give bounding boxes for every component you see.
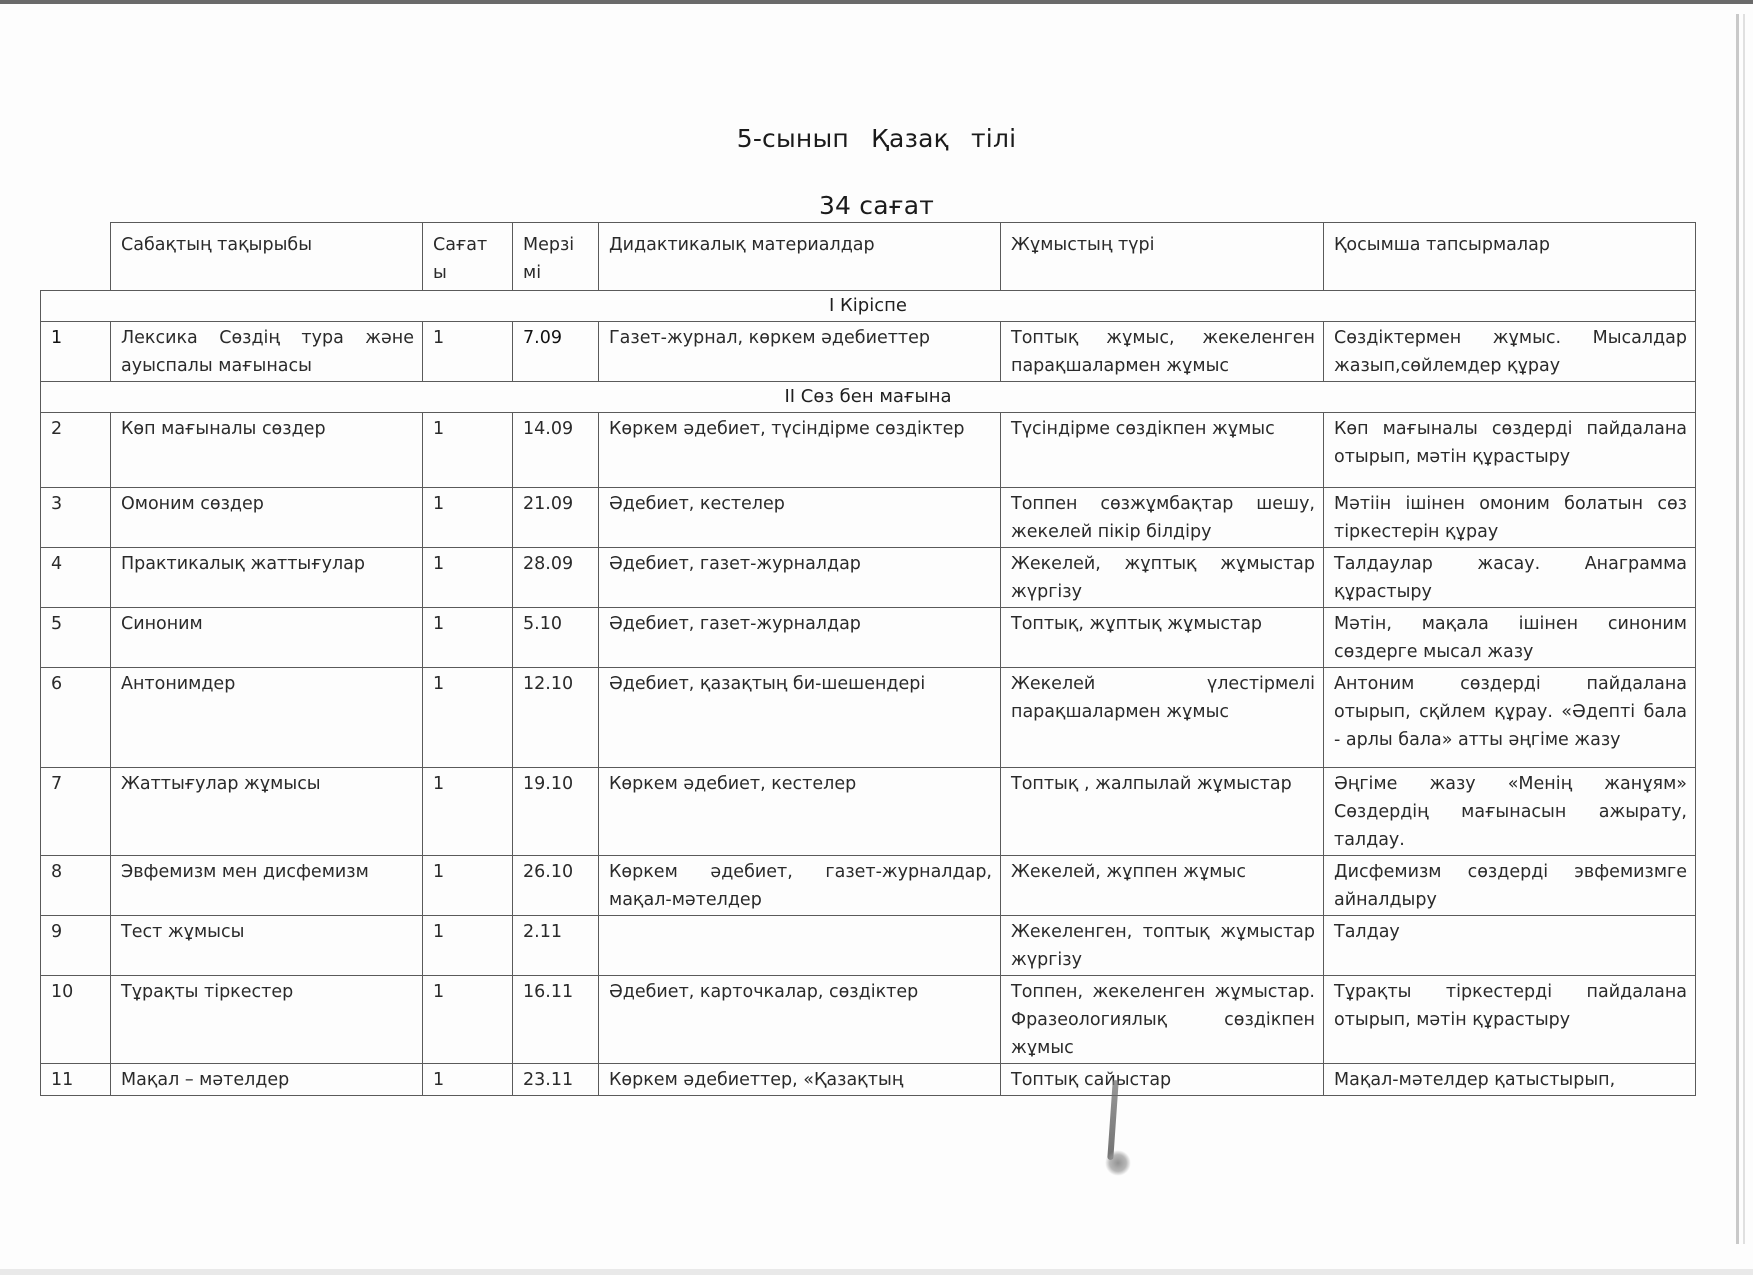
- extra-tasks: Әңгіме жазу «Менің жанұям» Сөздердің мағ…: [1324, 768, 1696, 856]
- lesson-topic: Синоним: [111, 608, 423, 668]
- didactic-materials: Газет-журнал, көркем әдебиеттер: [599, 322, 1001, 382]
- lesson-topic: Лексика Сөздің тура және ауыспалы мағына…: [111, 322, 423, 382]
- section-title: I Кіріспе: [41, 291, 1696, 322]
- extra-tasks: Талдаулар жасау. Анаграмма құрастыру: [1324, 548, 1696, 608]
- lesson-number: 7: [41, 768, 111, 856]
- extra-tasks: Талдау: [1324, 916, 1696, 976]
- lesson-plan-table: Сабақтың тақырыбы Сағат ы Мерзі мі Дидак…: [40, 222, 1696, 1096]
- didactic-materials: Әдебиет, карточкалар, сөздіктер: [599, 976, 1001, 1064]
- lesson-hours: 1: [423, 856, 513, 916]
- lesson-hours: 1: [423, 768, 513, 856]
- lesson-date: 23.11: [513, 1064, 599, 1096]
- scan-edge-top: [0, 0, 1753, 4]
- didactic-materials: [599, 916, 1001, 976]
- lesson-topic: Антонимдер: [111, 668, 423, 768]
- extra-tasks: Антоним сөздерді пайдалана отырып, сқйле…: [1324, 668, 1696, 768]
- lesson-hours: 1: [423, 976, 513, 1064]
- lesson-date: 21.09: [513, 488, 599, 548]
- lesson-date: 16.11: [513, 976, 599, 1064]
- didactic-materials: Көркем әдебиет, түсіндірме сөздіктер: [599, 413, 1001, 488]
- didactic-materials: Көркем әдебиеттер, «Қазақтың: [599, 1064, 1001, 1096]
- lesson-topic: Тұрақты тіркестер: [111, 976, 423, 1064]
- table-row: 7Жаттығулар жұмысы119.10Көркем әдебиет, …: [41, 768, 1696, 856]
- lesson-number: 6: [41, 668, 111, 768]
- work-type: Топпен, жекеленген жұмыстар. Фразеология…: [1001, 976, 1324, 1064]
- lesson-hours: 1: [423, 1064, 513, 1096]
- table-body: I Кіріспе1Лексика Сөздің тура және ауысп…: [41, 291, 1696, 1096]
- work-type: Топтық, жұптық жұмыстар: [1001, 608, 1324, 668]
- didactic-materials: Әдебиет, газет-журналдар: [599, 608, 1001, 668]
- lesson-topic: Мақал – мәтелдер: [111, 1064, 423, 1096]
- didactic-materials: Көркем әдебиет, газет-журналдар, мақал-м…: [599, 856, 1001, 916]
- lesson-hours: 1: [423, 322, 513, 382]
- table-header-row: Сабақтың тақырыбы Сағат ы Мерзі мі Дидак…: [41, 223, 1696, 291]
- lesson-date: 14.09: [513, 413, 599, 488]
- header-topic: Сабақтың тақырыбы: [111, 223, 423, 291]
- didactic-materials: Әдебиет, кестелер: [599, 488, 1001, 548]
- lesson-date: 26.10: [513, 856, 599, 916]
- extra-tasks: Көп мағыналы сөздерді пайдалана отырып, …: [1324, 413, 1696, 488]
- lesson-date: 28.09: [513, 548, 599, 608]
- header-extra-tasks: Қосымша тапсырмалар: [1324, 223, 1696, 291]
- section-header-row: II Сөз бен мағына: [41, 382, 1696, 413]
- work-type: Жекелей, жұппен жұмыс: [1001, 856, 1324, 916]
- work-type: Жекеленген, топтық жұмыстар жүргізу: [1001, 916, 1324, 976]
- lesson-date: 2.11: [513, 916, 599, 976]
- table-row: 8Эвфемизм мен дисфемизм126.10Көркем әдеб…: [41, 856, 1696, 916]
- lesson-hours: 1: [423, 548, 513, 608]
- lesson-number: 11: [41, 1064, 111, 1096]
- work-type: Түсіндірме сөздікпен жұмыс: [1001, 413, 1324, 488]
- document-title: 5-сынып Қазақ тілі: [0, 124, 1753, 153]
- lesson-number: 4: [41, 548, 111, 608]
- table-row: 3Омоним сөздер121.09Әдебиет, кестелерТоп…: [41, 488, 1696, 548]
- table-row: 9Тест жұмысы12.11Жекеленген, топтық жұмы…: [41, 916, 1696, 976]
- lesson-topic: Омоним сөздер: [111, 488, 423, 548]
- lesson-hours: 1: [423, 608, 513, 668]
- work-type: Топтық , жалпылай жұмыстар: [1001, 768, 1324, 856]
- work-type: Жекелей үлестірмелі парақшалармен жұмыс: [1001, 668, 1324, 768]
- document-subtitle: 34 сағат: [0, 191, 1753, 220]
- lesson-number: 10: [41, 976, 111, 1064]
- lesson-hours: 1: [423, 488, 513, 548]
- header-work-type: Жұмыстың түрі: [1001, 223, 1324, 291]
- table-row: 6Антонимдер112.10Әдебиет, қазақтың би-ше…: [41, 668, 1696, 768]
- ink-blot: [1105, 1150, 1131, 1176]
- header-materials: Дидактикалық материалдар: [599, 223, 1001, 291]
- lesson-hours: 1: [423, 413, 513, 488]
- lesson-number: 9: [41, 916, 111, 976]
- work-type: Топтық жұмыс, жекеленген парақшалармен ж…: [1001, 322, 1324, 382]
- section-title: II Сөз бен мағына: [41, 382, 1696, 413]
- lesson-number: 3: [41, 488, 111, 548]
- header-date: Мерзі мі: [513, 223, 599, 291]
- work-type: Топпен сөзжұмбақтар шешу, жекелей пікір …: [1001, 488, 1324, 548]
- table-row: 10Тұрақты тіркестер116.11Әдебиет, карточ…: [41, 976, 1696, 1064]
- lesson-number: 1: [41, 322, 111, 382]
- work-type: Жекелей, жұптық жұмыстар жүргізу: [1001, 548, 1324, 608]
- table-row: 2Көп мағыналы сөздер114.09Көркем әдебиет…: [41, 413, 1696, 488]
- lesson-hours: 1: [423, 668, 513, 768]
- section-header-row: I Кіріспе: [41, 291, 1696, 322]
- lesson-topic: Эвфемизм мен дисфемизм: [111, 856, 423, 916]
- lesson-date: 19.10: [513, 768, 599, 856]
- lesson-topic: Жаттығулар жұмысы: [111, 768, 423, 856]
- lesson-topic: Тест жұмысы: [111, 916, 423, 976]
- lesson-date: 12.10: [513, 668, 599, 768]
- header-hours: Сағат ы: [423, 223, 513, 291]
- table-row: 4Практикалық жаттығулар128.09Әдебиет, га…: [41, 548, 1696, 608]
- lesson-date: 5.10: [513, 608, 599, 668]
- table-row: 1Лексика Сөздің тура және ауыспалы мағын…: [41, 322, 1696, 382]
- didactic-materials: Әдебиет, қазақтың би-шешендері: [599, 668, 1001, 768]
- table-row: 11Мақал – мәтелдер123.11Көркем әдебиетте…: [41, 1064, 1696, 1096]
- lesson-date: 7.09: [513, 322, 599, 382]
- lesson-topic: Көп мағыналы сөздер: [111, 413, 423, 488]
- scan-edge-bottom: [0, 1269, 1753, 1275]
- work-type: Топтық сайыстар: [1001, 1064, 1324, 1096]
- didactic-materials: Көркем әдебиет, кестелер: [599, 768, 1001, 856]
- extra-tasks: Сөздіктермен жұмыс. Мысалдар жазып,сөйле…: [1324, 322, 1696, 382]
- lesson-topic: Практикалық жаттығулар: [111, 548, 423, 608]
- table-row: 5Синоним15.10Әдебиет, газет-журналдарТоп…: [41, 608, 1696, 668]
- extra-tasks: Мәтін, мақала ішінен синоним сөздерге мы…: [1324, 608, 1696, 668]
- extra-tasks: Мәтіін ішінен омоним болатын сөз тіркест…: [1324, 488, 1696, 548]
- header-num: [41, 223, 111, 291]
- lesson-number: 5: [41, 608, 111, 668]
- lesson-number: 2: [41, 413, 111, 488]
- lesson-hours: 1: [423, 916, 513, 976]
- extra-tasks: Тұрақты тіркестерді пайдалана отырып, мә…: [1324, 976, 1696, 1064]
- didactic-materials: Әдебиет, газет-журналдар: [599, 548, 1001, 608]
- extra-tasks: Дисфемизм сөздерді эвфемизмге айналдыру: [1324, 856, 1696, 916]
- lesson-number: 8: [41, 856, 111, 916]
- extra-tasks: Мақал-мәтелдер қатыстырып,: [1324, 1064, 1696, 1096]
